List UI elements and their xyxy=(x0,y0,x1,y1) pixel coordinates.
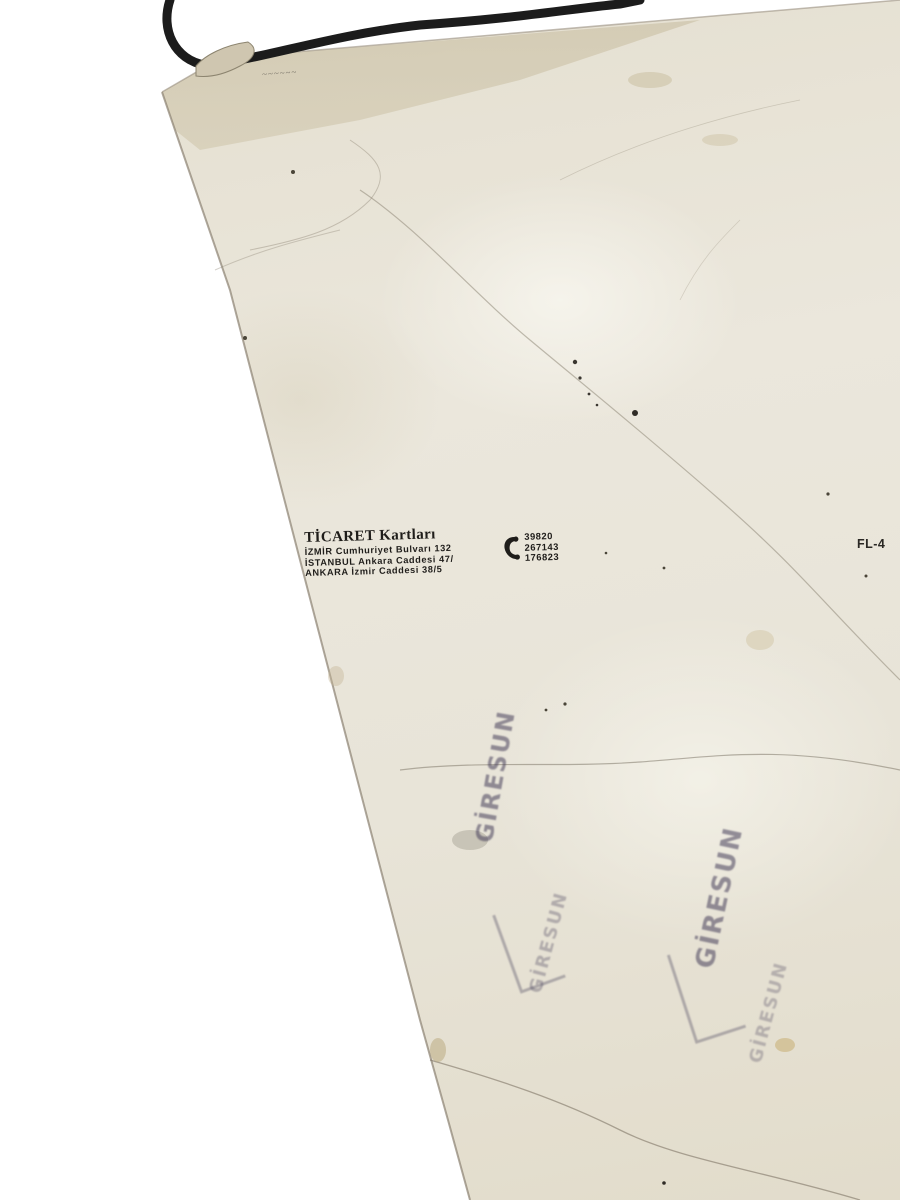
brand-suffix: Kartları xyxy=(379,526,436,544)
printer-imprint: TİCARET Kartları İZMİR Cumhuriyet Bulvar… xyxy=(304,526,454,579)
product-code: FL-4 xyxy=(857,537,885,551)
phone-block: 39820 267143 176823 xyxy=(500,531,559,564)
brand-name: TİCARET xyxy=(304,528,375,546)
phone-numbers: 39820 267143 176823 xyxy=(524,531,559,563)
hanging-cord xyxy=(0,0,900,120)
telephone-handset-icon xyxy=(500,535,521,562)
phone-number: 176823 xyxy=(525,552,560,563)
photo-stage: ~~~~~~ GİRESUN GİRESUN GİRESUN GİRESUN T… xyxy=(0,0,900,1200)
address-list: İZMİR Cumhuriyet Bulvarı 132 İSTANBUL An… xyxy=(304,543,454,579)
